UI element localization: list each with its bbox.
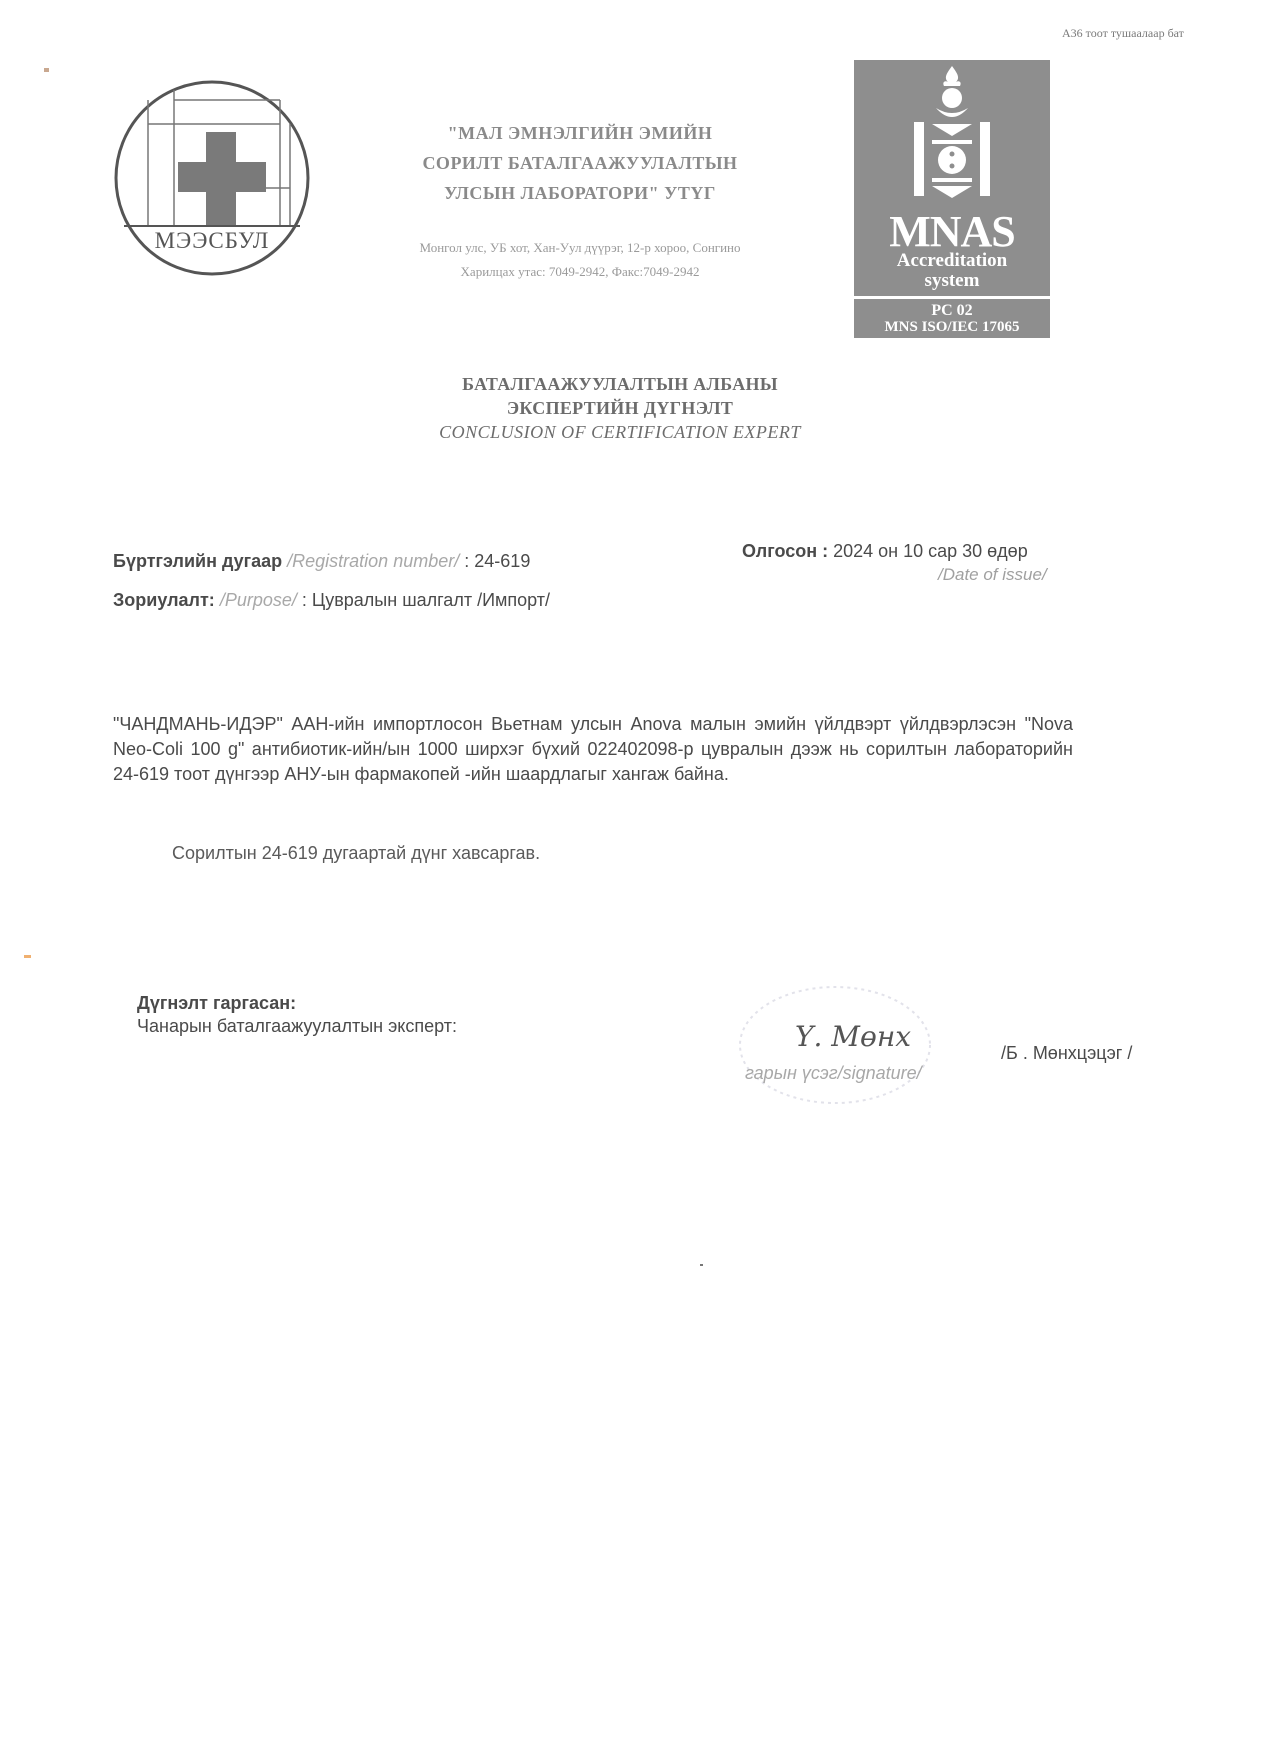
contact-line: Харилцах утас: 7049-2942, Факс:7049-2942 (370, 260, 790, 284)
date-of-issue-label-english: /Date of issue/ (938, 565, 1047, 585)
soyombo-icon (912, 64, 992, 204)
field-label: Олгосон : (742, 541, 828, 561)
document-title: БАТАЛГААЖУУЛАЛТЫН АЛБАНЫ ЭКСПЕРТИЙН ДҮГН… (380, 372, 860, 444)
mnas-subtitle: Accreditation (854, 250, 1050, 272)
field-label: Зориулалт: (113, 590, 215, 610)
field-separator: : (302, 590, 307, 610)
issued-by-label: Дүгнэлт гаргасан: (137, 993, 296, 1014)
scan-speck (44, 68, 49, 72)
purpose-value: Цувралын шалгалт /Импорт/ (312, 590, 550, 610)
order-reference-note: А36 тоот тушаалаар бат (1062, 26, 1184, 41)
divider (854, 296, 1050, 299)
handwritten-signature: Ү. Мөнх (795, 1020, 911, 1053)
date-of-issue-value: 2024 он 10 сар 30 өдөр (833, 541, 1028, 561)
signer-name: /Б . Мөнхцэцэг / (1001, 1043, 1132, 1064)
organization-name: "МАЛ ЭМНЭЛГИЙН ЭМИЙН СОРИЛТ БАТАЛГААЖУУЛ… (370, 118, 790, 208)
title-line: БАТАЛГААЖУУЛАЛТЫН АЛБАНЫ (380, 372, 860, 396)
field-label-english: /Registration number/ (287, 551, 459, 571)
field-label: Бүртгэлийн дугаар (113, 551, 282, 571)
mnas-subtitle: system (854, 270, 1050, 292)
attachment-note: Сорилтын 24-619 дугаартай дүнг хавсаргав… (172, 843, 540, 864)
purpose-field: Зориулалт: /Purpose/ : Цувралын шалгалт … (113, 590, 550, 611)
expert-role: Чанарын баталгаажуулалтын эксперт: (137, 1016, 457, 1037)
field-label-english: /Purpose/ (220, 590, 297, 610)
lab-logo-text: МЭЭСБУЛ (132, 228, 292, 254)
org-name-line: "МАЛ ЭМНЭЛГИЙН ЭМИЙН (370, 118, 790, 148)
signature-label: гарын үсэг/signature/ (745, 1063, 922, 1084)
scan-speck (700, 1264, 703, 1266)
conclusion-paragraph: "ЧАНДМАНЬ-ИДЭР" ААН-ийн импортлосон Вьет… (113, 712, 1073, 787)
accreditation-code: PC 02 (854, 302, 1050, 320)
field-separator: : (464, 551, 469, 571)
title-english: CONCLUSION OF CERTIFICATION EXPERT (380, 420, 860, 444)
address-line: Монгол улс, УБ хот, Хан-Уул дүүрэг, 12-р… (370, 236, 790, 260)
organization-address: Монгол улс, УБ хот, Хан-Уул дүүрэг, 12-р… (370, 236, 790, 284)
accreditation-badge: MNAS Accreditation system PC 02 MNS ISO/… (854, 60, 1050, 338)
org-name-line: СОРИЛТ БАТАЛГААЖУУЛАЛТЫН (370, 148, 790, 178)
registration-number-field: Бүртгэлийн дугаар /Registration number/ … (113, 551, 530, 572)
registration-number-value: 24-619 (474, 551, 530, 571)
lab-logo: МЭЭСБУЛ (112, 78, 312, 278)
accreditation-standard: MNS ISO/IEC 17065 (854, 319, 1050, 336)
title-line: ЭКСПЕРТИЙН ДҮГНЭЛТ (380, 396, 860, 420)
org-name-line: УЛСЫН ЛАБОРАТОРИ" УТҮГ (370, 178, 790, 208)
date-of-issue-field: Олгосон : 2024 он 10 сар 30 өдөр (742, 541, 1028, 562)
scan-speck (24, 955, 31, 958)
